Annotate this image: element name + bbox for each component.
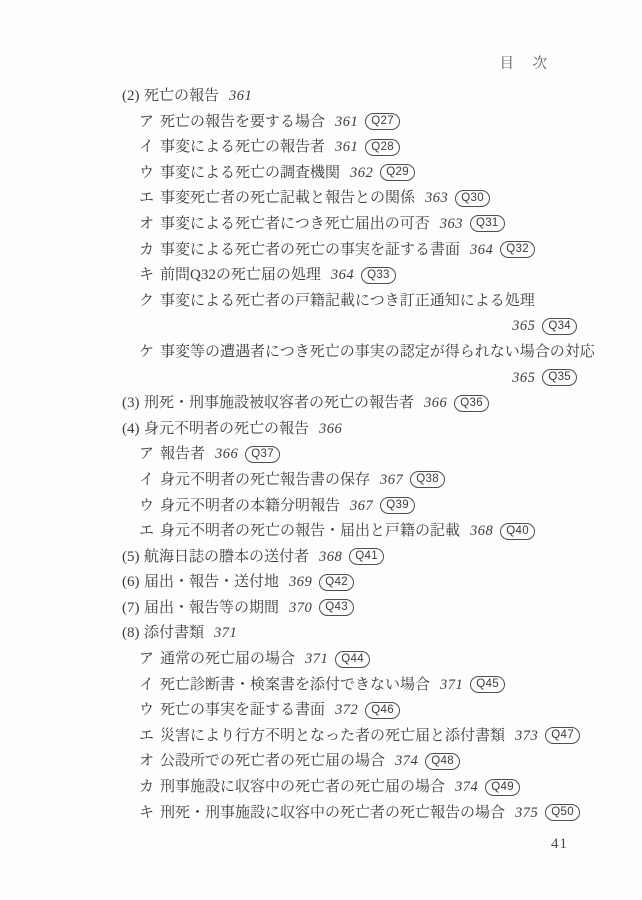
entry-marker: ウ — [139, 698, 160, 724]
entry-marker: キ — [139, 801, 160, 827]
toc-entry: (4)身元不明者の死亡の報告366 — [122, 417, 577, 443]
entry-title: 添付書類 — [144, 625, 204, 641]
entry-title: 身元不明者の死亡報告書の保存 — [160, 472, 370, 488]
toc-entry: イ事変による死亡の報告者361Q28 — [122, 135, 577, 161]
question-badge: Q33 — [361, 267, 396, 284]
toc-entry: (8)添付書類371 — [122, 621, 577, 647]
entry-page-number: 363 — [440, 216, 463, 232]
entry-marker: エ — [139, 724, 160, 750]
entry-marker: カ — [139, 238, 160, 264]
question-badge: Q44 — [335, 651, 370, 668]
question-badge: Q45 — [470, 676, 505, 693]
entry-page-number: 369 — [289, 574, 312, 590]
entry-title: 報告者 — [160, 446, 205, 462]
entry-page-number: 368 — [470, 523, 493, 539]
entry-title: 死亡の事実を証する書面 — [160, 702, 325, 718]
entry-page-number: 361 — [335, 114, 358, 130]
entry-marker: ウ — [139, 494, 160, 520]
entry-title: 事変による死亡の報告者 — [160, 139, 325, 155]
question-badge: Q50 — [545, 804, 580, 821]
entry-page-number: 366 — [215, 446, 238, 462]
toc-entry: ウ事変による死亡の調査機関362Q29 — [122, 161, 577, 187]
toc-entry: カ刑事施設に収容中の死亡者の死亡届の場合374Q49 — [122, 775, 577, 801]
entry-page-number: 365 — [512, 318, 535, 334]
toc-entry: (6)届出・報告・送付地369Q42 — [122, 570, 577, 596]
toc-entry: (5)航海日誌の謄本の送付者368Q41 — [122, 545, 577, 571]
entry-page-number: 361 — [335, 139, 358, 155]
page-header-title: 目 次 — [500, 52, 550, 73]
entry-title: 届出・報告・送付地 — [144, 574, 279, 590]
toc-entry: ウ身元不明者の本籍分明報告367Q39 — [122, 494, 577, 520]
entry-page-number: 374 — [395, 753, 418, 769]
toc-entry: カ事変による死亡者の死亡の事実を証する書面364Q32 — [122, 238, 577, 264]
entry-title: 死亡診断書・検案書を添付できない場合 — [160, 677, 430, 693]
toc-entry-page-line: 365Q35 — [122, 366, 577, 392]
entry-page-number: 372 — [335, 702, 358, 718]
question-badge: Q47 — [545, 727, 580, 744]
question-badge: Q28 — [365, 139, 400, 156]
entry-marker: カ — [139, 775, 160, 801]
entry-page-number: 364 — [470, 242, 493, 258]
entry-page-number: 365 — [512, 370, 535, 386]
entry-title: 公設所での死亡者の死亡届の場合 — [160, 753, 385, 769]
entry-page-number: 371 — [305, 651, 328, 667]
entry-marker: (4) — [122, 417, 144, 443]
question-badge: Q36 — [454, 395, 489, 412]
entry-page-number: 373 — [515, 728, 538, 744]
entry-title: 事変による死亡者の戸籍記載につき訂正通知による処理 — [160, 293, 535, 309]
toc-entry: エ身元不明者の死亡の報告・届出と戸籍の記載368Q40 — [122, 519, 577, 545]
entry-marker: オ — [139, 749, 160, 775]
toc-entry: イ死亡診断書・検案書を添付できない場合371Q45 — [122, 673, 577, 699]
entry-marker: (6) — [122, 570, 144, 596]
entry-marker: イ — [139, 468, 160, 494]
entry-title: 身元不明者の死亡の報告・届出と戸籍の記載 — [160, 523, 460, 539]
entry-page-number: 367 — [380, 472, 403, 488]
toc-entry: キ刑死・刑事施設に収容中の死亡者の死亡報告の場合375Q50 — [122, 801, 577, 827]
entry-title: 死亡の報告を要する場合 — [160, 114, 325, 130]
question-badge: Q35 — [542, 369, 577, 386]
entry-marker: (2) — [122, 84, 144, 110]
question-badge: Q49 — [485, 779, 520, 796]
entry-page-number: 371 — [440, 677, 463, 693]
entry-marker: ケ — [139, 340, 160, 366]
toc-entry: (3)刑死・刑事施設被収容者の死亡の報告者366Q36 — [122, 391, 577, 417]
entry-title: 刑死・刑事施設被収容者の死亡の報告者 — [144, 395, 414, 411]
toc-list: (2)死亡の報告361ア死亡の報告を要する場合361Q27イ事変による死亡の報告… — [122, 84, 577, 826]
question-badge: Q39 — [380, 497, 415, 514]
entry-title: 身元不明者の死亡の報告 — [144, 421, 309, 437]
entry-page-number: 368 — [319, 549, 342, 565]
entry-title: 事変による死亡者につき死亡届出の可否 — [160, 216, 430, 232]
question-badge: Q48 — [425, 753, 460, 770]
toc-entry: オ事変による死亡者につき死亡届出の可否363Q31 — [122, 212, 577, 238]
entry-marker: (3) — [122, 391, 144, 417]
entry-marker: (5) — [122, 545, 144, 571]
entry-marker: イ — [139, 135, 160, 161]
entry-page-number: 361 — [229, 88, 252, 104]
entry-page-number: 371 — [214, 625, 237, 641]
entry-title: 届出・報告等の期間 — [144, 600, 279, 616]
entry-marker: オ — [139, 212, 160, 238]
entry-title: 死亡の報告 — [144, 88, 219, 104]
toc-entry: ア通常の死亡届の場合371Q44 — [122, 647, 577, 673]
page-number: 41 — [551, 836, 568, 853]
entry-page-number: 375 — [515, 805, 538, 821]
toc-entry: ア死亡の報告を要する場合361Q27 — [122, 110, 577, 136]
entry-page-number: 370 — [289, 600, 312, 616]
toc-entry: (2)死亡の報告361 — [122, 84, 577, 110]
entry-marker: イ — [139, 673, 160, 699]
toc-entry: エ事変死亡者の死亡記載と報告との関係363Q30 — [122, 186, 577, 212]
question-badge: Q32 — [500, 241, 535, 258]
entry-page-number: 363 — [425, 190, 448, 206]
entry-marker: キ — [139, 263, 160, 289]
entry-marker: (8) — [122, 621, 144, 647]
entry-page-number: 366 — [424, 395, 447, 411]
question-badge: Q41 — [349, 548, 384, 565]
question-badge: Q43 — [319, 599, 354, 616]
entry-marker: (7) — [122, 596, 144, 622]
entry-title: 前問Q32の死亡届の処理 — [160, 267, 321, 283]
entry-marker: ア — [139, 647, 160, 673]
entry-page-number: 367 — [350, 498, 373, 514]
toc-entry: エ災害により行方不明となった者の死亡届と添付書類373Q47 — [122, 724, 577, 750]
entry-title: 事変による死亡者の死亡の事実を証する書面 — [160, 242, 460, 258]
question-badge: Q31 — [470, 215, 505, 232]
toc-entry: イ身元不明者の死亡報告書の保存367Q38 — [122, 468, 577, 494]
entry-marker: ア — [139, 110, 160, 136]
question-badge: Q34 — [542, 318, 577, 335]
entry-title: 身元不明者の本籍分明報告 — [160, 498, 340, 514]
entry-title: 通常の死亡届の場合 — [160, 651, 295, 667]
toc-entry: キ前問Q32の死亡届の処理364Q33 — [122, 263, 577, 289]
toc-entry-page-line: 365Q34 — [122, 314, 577, 340]
toc-entry: ク事変による死亡者の戸籍記載につき訂正通知による処理 — [122, 289, 577, 315]
entry-marker: ク — [139, 289, 160, 315]
entry-title: 刑死・刑事施設に収容中の死亡者の死亡報告の場合 — [160, 805, 505, 821]
question-badge: Q27 — [365, 113, 400, 130]
entry-title: 航海日誌の謄本の送付者 — [144, 549, 309, 565]
toc-entry: ケ事変等の遭遇者につき死亡の事実の認定が得られない場合の対応 — [122, 340, 577, 366]
toc-entry: ウ死亡の事実を証する書面372Q46 — [122, 698, 577, 724]
question-badge: Q40 — [500, 523, 535, 540]
toc-entry: ア報告者366Q37 — [122, 442, 577, 468]
entry-marker: エ — [139, 186, 160, 212]
toc-entry: オ公設所での死亡者の死亡届の場合374Q48 — [122, 749, 577, 775]
question-badge: Q38 — [410, 471, 445, 488]
entry-marker: ウ — [139, 161, 160, 187]
entry-title: 事変死亡者の死亡記載と報告との関係 — [160, 190, 415, 206]
entry-title: 刑事施設に収容中の死亡者の死亡届の場合 — [160, 779, 445, 795]
entry-marker: エ — [139, 519, 160, 545]
entry-page-number: 366 — [319, 421, 342, 437]
toc-entry: (7)届出・報告等の期間370Q43 — [122, 596, 577, 622]
entry-title: 事変による死亡の調査機関 — [160, 165, 340, 181]
question-badge: Q29 — [380, 164, 415, 181]
question-badge: Q46 — [365, 702, 400, 719]
question-badge: Q42 — [319, 574, 354, 591]
entry-page-number: 364 — [331, 267, 354, 283]
question-badge: Q37 — [245, 446, 280, 463]
entry-page-number: 362 — [350, 165, 373, 181]
entry-title: 事変等の遭遇者につき死亡の事実の認定が得られない場合の対応 — [160, 344, 595, 360]
entry-title: 災害により行方不明となった者の死亡届と添付書類 — [160, 728, 505, 744]
book-page: 目 次 (2)死亡の報告361ア死亡の報告を要する場合361Q27イ事変による死… — [0, 0, 642, 900]
entry-marker: ア — [139, 442, 160, 468]
entry-page-number: 374 — [455, 779, 478, 795]
question-badge: Q30 — [455, 190, 490, 207]
